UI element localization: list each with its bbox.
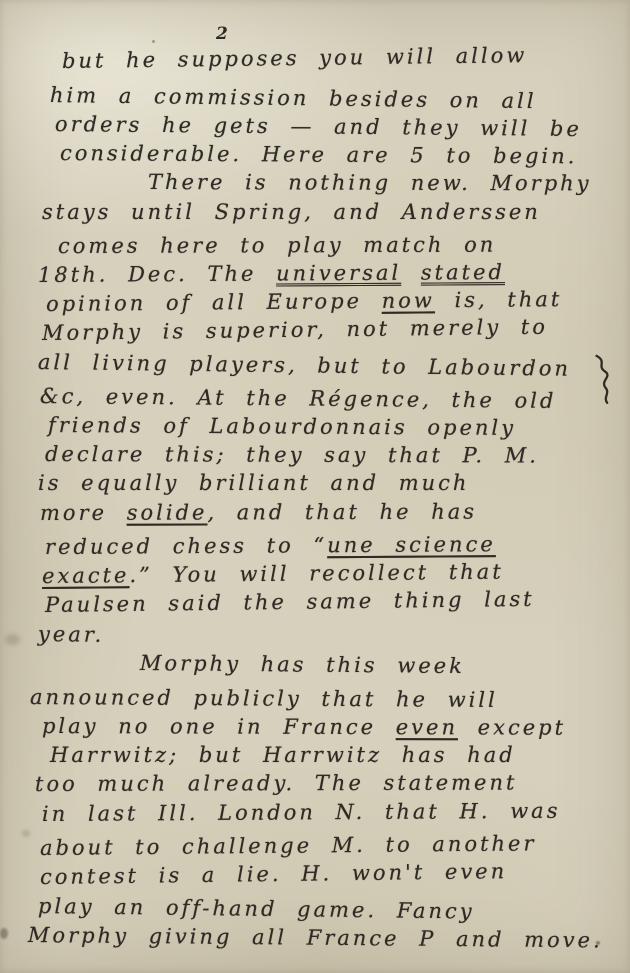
page-number: 2	[216, 24, 229, 44]
letter-text-segment: contest is a lie. H. won't even	[40, 859, 507, 889]
letter-text-segment: exacte	[42, 563, 130, 588]
paper-stain	[152, 40, 155, 43]
letter-text-segment: Paulsen said the same thing last	[45, 587, 535, 617]
letter-line: in last Ill. London N. that H. was	[42, 797, 561, 826]
letter-text-segment: him a commission besides on all	[50, 83, 537, 113]
letter-text-segment: comes here to play match on	[58, 232, 496, 257]
letter-line: comes here to play match on	[58, 231, 496, 258]
letter-text-segment: Morphy has this week	[140, 651, 465, 678]
paper-stain	[0, 928, 8, 939]
letter-line: considerable. Here are 5 to begin.	[60, 140, 578, 169]
letter-text-segment: about to challenge M. to another	[40, 831, 537, 860]
letter-line: &c, even. At the Régence, the old	[40, 383, 557, 414]
letter-text-segment: year.	[38, 622, 105, 647]
letter-text-segment	[401, 260, 421, 284]
letter-line: all living players, but to Labourdon	[38, 349, 571, 382]
letter-line: Paulsen said the same thing last	[45, 586, 535, 618]
letter-text-segment: , and that he has	[207, 499, 477, 524]
letter-text-segment: declare this; they say that P. M.	[45, 442, 539, 468]
letter-text-segment: solide	[127, 500, 208, 524]
letter-text-segment: Morphy is superior, not merely to	[42, 315, 548, 345]
letter-text-segment: even	[396, 715, 458, 739]
letter-line: play an off-hand game. Fancy	[38, 893, 475, 924]
letter-line: more solide, and that he has	[40, 498, 477, 525]
letter-line: contest is a lie. H. won't even	[40, 858, 507, 890]
letter-text-segment: more	[40, 500, 127, 524]
letter-text-segment: .” You will recollect that	[129, 559, 504, 587]
letter-line: There is nothing new. Morphy	[148, 169, 592, 196]
letter-text-segment: is, that	[435, 287, 563, 312]
letter-line: is equally brilliant and much	[38, 470, 469, 496]
letter-line: Morphy is superior, not merely to	[42, 314, 548, 346]
letter-line: friends of Labourdonnais openly	[48, 412, 516, 441]
letter-text-segment: except	[458, 715, 566, 739]
letter-text-segment: une science	[327, 532, 496, 557]
letter-line: play no one in France even except	[42, 713, 566, 741]
letter-text-segment: too much already. The statement	[35, 771, 518, 797]
letter-line: but he supposes you will allow	[62, 42, 528, 74]
letter-line: year.	[38, 621, 105, 648]
letter-text-segment: friends of Labourdonnais openly	[48, 413, 516, 440]
letter-text-segment: but he supposes you will allow	[62, 43, 528, 73]
letter-text-segment: in last Ill. London N. that H. was	[42, 798, 561, 825]
letter-text-segment: opinion of all Europe	[46, 289, 382, 316]
letter-text-segment: now	[382, 288, 435, 312]
letter-line: stays until Spring, and Anderssen	[42, 199, 541, 225]
letter-text-segment: 18th. Dec. The	[38, 261, 276, 286]
letter-text-segment: Harrwitz; but Harrwitz has had	[50, 743, 516, 767]
letter-line: declare this; they say that P. M.	[45, 441, 539, 469]
letter-text-segment: &c, even. At the Régence, the old	[40, 384, 557, 413]
letter-text-segment: reduced chess to “	[45, 533, 327, 559]
paper-stain	[22, 830, 30, 837]
word-continuation-flourish-icon	[585, 352, 621, 411]
letter-text-segment: play no one in France	[42, 714, 396, 739]
letter-line: Morphy has this week	[140, 650, 465, 679]
letter-line: about to challenge M. to another	[40, 830, 537, 861]
letter-line: announced publicly that he will	[30, 684, 498, 713]
letter-text-segment: stated	[421, 260, 505, 285]
letter-line: 18th. Dec. The universal stated	[38, 259, 505, 288]
letter-line: opinion of all Europe now is, that	[46, 286, 563, 317]
letter-text-segment: announced publicly that he will	[30, 685, 498, 712]
letter-line: too much already. The statement	[35, 770, 518, 798]
letter-line: Harrwitz; but Harrwitz has had	[50, 742, 516, 768]
letter-text-segment: stays until Spring, and Anderssen	[42, 200, 541, 224]
letter-text-segment: considerable. Here are 5 to begin.	[60, 141, 577, 168]
letter-text-segment: Morphy giving all France P and move.	[28, 923, 603, 952]
paper-stain	[5, 634, 20, 645]
letter-page: 2 but he supposes you will allowhim a co…	[0, 0, 630, 973]
letter-text-segment: orders he gets — and they will be	[55, 112, 582, 141]
letter-text-segment: all living players, but to Labourdon	[38, 350, 571, 381]
letter-line: exacte.” You will recollect that	[42, 558, 504, 588]
letter-line: reduced chess to “une science	[45, 531, 496, 560]
letter-text-segment: play an off-hand game. Fancy	[38, 894, 475, 923]
letter-text-segment: There is nothing new. Morphy	[148, 170, 592, 195]
letter-text-segment: universal	[276, 260, 401, 285]
letter-line: orders he gets — and they will be	[55, 111, 582, 142]
letter-line: him a commission besides on all	[50, 82, 537, 114]
letter-text-segment: is equally brilliant and much	[38, 471, 469, 495]
paper-stain	[596, 941, 600, 945]
letter-line: Morphy giving all France P and move.	[28, 922, 603, 953]
